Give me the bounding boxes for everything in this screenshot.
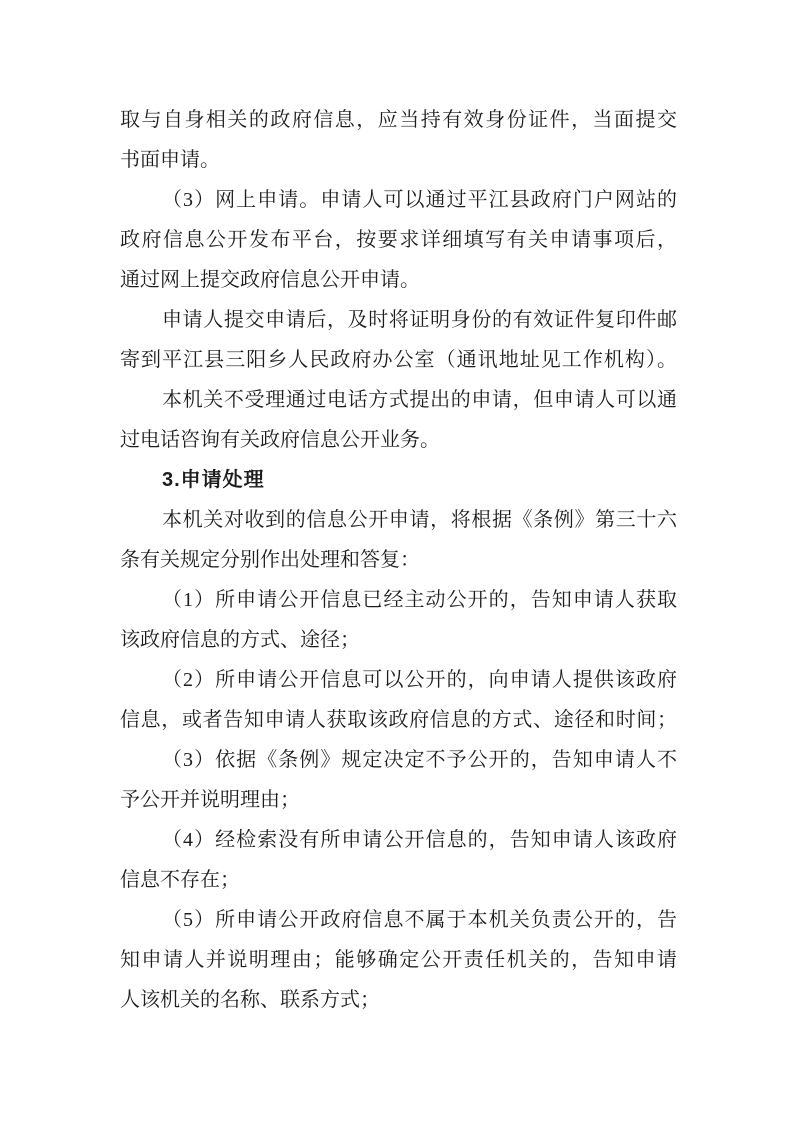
paragraph-online-application: （3）网上申请。申请人可以通过平江县政府门户网站的 政府信息公开发布平台，按要求… [120,180,677,300]
text-line: 取与自身相关的政府信息，应当持有效身份证件，当面提交 [120,100,677,140]
section-heading: 3.申请处理 [120,460,677,500]
text-line: 人该机关的名称、联系方式； [120,980,677,1020]
text-line: 该政府信息的方式、途径； [120,620,677,660]
paragraph-phone-policy: 本机关不受理通过电话方式提出的申请，但申请人可以通 过电话咨询有关政府信息公开业… [120,380,677,460]
paragraph-item-5: （5）所申请公开政府信息不属于本机关负责公开的，告 知申请人并说明理由；能够确定… [120,900,677,1020]
paragraph-item-4: （4）经检索没有所申请公开信息的，告知申请人该政府 信息不存在； [120,820,677,900]
text-line: 予公开并说明理由； [120,780,677,820]
paragraph-item-3: （3）依据《条例》规定决定不予公开的，告知申请人不 予公开并说明理由； [120,740,677,820]
text-line: 知申请人并说明理由；能够确定公开责任机关的，告知申请 [120,940,677,980]
text-line: 寄到平江县三阳乡人民政府办公室（通讯地址见工作机构）。 [120,340,677,380]
text-line: 信息不存在； [120,860,677,900]
text-line: 申请人提交申请后，及时将证明身份的有效证件复印件邮 [120,300,677,340]
paragraph-item-2: （2）所申请公开信息可以公开的，向申请人提供该政府 信息，或者告知申请人获取该政… [120,660,677,740]
paragraph-mail-id-copy: 申请人提交申请后，及时将证明身份的有效证件复印件邮 寄到平江县三阳乡人民政府办公… [120,300,677,380]
text-line: 书面申请。 [120,140,677,180]
paragraph-item-1: （1）所申请公开信息已经主动公开的，告知申请人获取 该政府信息的方式、途径； [120,580,677,660]
text-line: （2）所申请公开信息可以公开的，向申请人提供该政府 [120,660,677,700]
document-page: 取与自身相关的政府信息，应当持有效身份证件，当面提交 书面申请。 （3）网上申请… [0,0,793,1122]
text-line: 本机关对收到的信息公开申请，将根据《条例》第三十六 [120,500,677,540]
text-line: （5）所申请公开政府信息不属于本机关负责公开的，告 [120,900,677,940]
text-line: （3）依据《条例》规定决定不予公开的，告知申请人不 [120,740,677,780]
paragraph-inperson-application-continued: 取与自身相关的政府信息，应当持有效身份证件，当面提交 书面申请。 [120,100,677,180]
text-line: 通过网上提交政府信息公开申请。 [120,260,677,300]
heading-application-processing: 3.申请处理 [120,460,677,500]
text-line: 本机关不受理通过电话方式提出的申请，但申请人可以通 [120,380,677,420]
text-line: 政府信息公开发布平台，按要求详细填写有关申请事项后， [120,220,677,260]
text-line: （3）网上申请。申请人可以通过平江县政府门户网站的 [120,180,677,220]
text-line: 条有关规定分别作出处理和答复： [120,540,677,580]
paragraph-processing-intro: 本机关对收到的信息公开申请，将根据《条例》第三十六 条有关规定分别作出处理和答复… [120,500,677,580]
text-line: 信息，或者告知申请人获取该政府信息的方式、途径和时间； [120,700,677,740]
text-line: 过电话咨询有关政府信息公开业务。 [120,420,677,460]
text-line: （1）所申请公开信息已经主动公开的，告知申请人获取 [120,580,677,620]
text-line: （4）经检索没有所申请公开信息的，告知申请人该政府 [120,820,677,860]
